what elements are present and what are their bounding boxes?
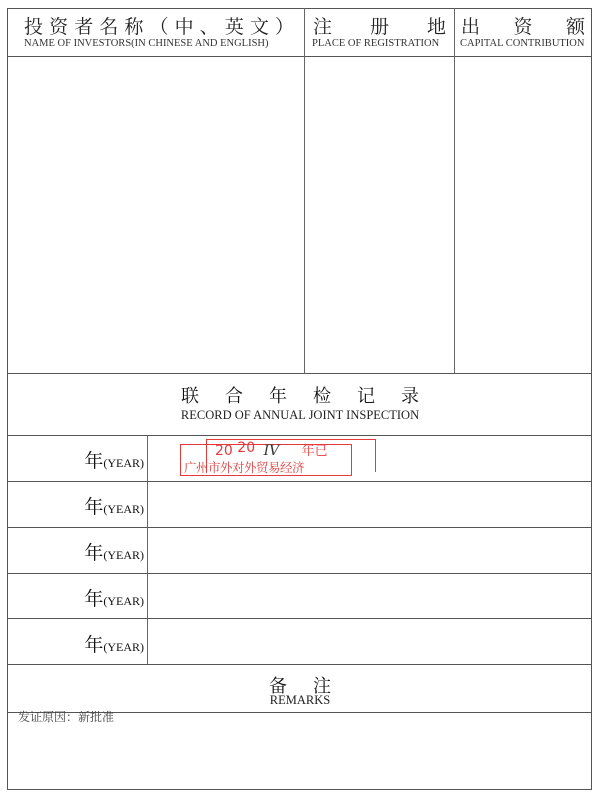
header-char: 者 [74,12,93,39]
year-label-en: (YEAR) [103,502,144,516]
remarks-title-en: REMARKS [0,693,600,708]
header-char: 英 [225,12,244,39]
investor-name-header-en: NAME OF INVESTORS(IN CHINESE AND ENGLISH… [24,38,269,49]
title-char: 检 [300,382,344,408]
inspection-stamp-line2: 广州市外对外贸易经济 [184,458,304,476]
column-divider [304,8,305,373]
stamp-year: 20 [237,440,255,456]
stamp-year-prefix: 20 [215,443,233,459]
header-char: 、 [200,12,219,39]
row-divider [7,573,592,574]
capital-header-cn: 出 资 额 [461,12,585,39]
title-char: 年 [256,382,300,408]
annual-inspection-bottom [7,664,592,665]
column-divider [454,8,455,373]
year-label-cn: 年 [84,543,103,564]
year-label-en: (YEAR) [103,548,144,562]
header-char: 出 [461,12,480,39]
header-char: 投 [24,12,43,39]
investor-name-header-cn: 投 资 者 名 称 （ 中 、 英 文 ） [24,12,294,39]
stamp-handwritten-year: IV [264,443,280,459]
year-label-en: (YEAR) [103,640,144,654]
header-divider [7,56,592,57]
year-label: 年(YEAR) [60,492,144,519]
registration-header-cn: 注 册 地 [313,12,446,39]
header-char: 资 [513,12,532,39]
registration-header-en: PLACE OF REGISTRATION [312,38,439,49]
year-label: 年(YEAR) [60,446,144,473]
header-char: 额 [566,12,585,39]
stamp-year-suffix: 年已 [302,444,328,459]
header-char: 注 [313,12,332,39]
year-label-cn: 年 [84,635,103,656]
header-char: （ [149,12,168,39]
annual-inspection-header-divider [7,435,592,436]
year-label: 年(YEAR) [60,584,144,611]
year-label-cn: 年 [84,497,103,518]
inspection-stamp-line1: 20 20 IV 年已 [215,440,328,459]
year-label: 年(YEAR) [60,538,144,565]
year-column-divider [147,435,148,664]
year-label: 年(YEAR) [60,630,144,657]
header-char: 名 [99,12,118,39]
row-divider [7,527,592,528]
year-label-cn: 年 [84,451,103,472]
title-char: 录 [388,382,432,408]
investors-section-bottom [7,373,592,374]
header-char: 册 [370,12,389,39]
row-divider [7,481,592,482]
year-label-en: (YEAR) [103,456,144,470]
header-char: 称 [124,12,143,39]
header-char: 资 [49,12,68,39]
remarks-text: 发证原因：新批准 [18,708,114,725]
row-divider [7,618,592,619]
year-label-cn: 年 [84,589,103,610]
title-char: 联 [168,382,212,408]
header-char: 地 [427,12,446,39]
capital-header-en: CAPITAL CONTRIBUTION [460,38,584,49]
title-char: 合 [212,382,256,408]
annual-inspection-title-cn: 联合年检记录 [0,382,600,408]
header-char: ） [275,12,294,39]
header-char: 文 [250,12,269,39]
annual-inspection-title-en: RECORD OF ANNUAL JOINT INSPECTION [0,408,600,423]
header-char: 中 [175,12,194,39]
year-label-en: (YEAR) [103,594,144,608]
title-char: 记 [344,382,388,408]
